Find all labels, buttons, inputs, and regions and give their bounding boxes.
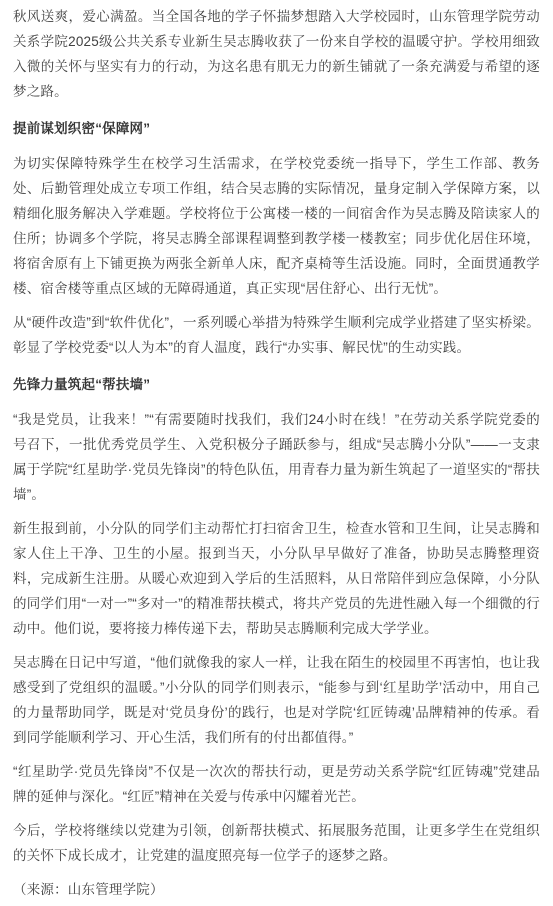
paragraph-pioneer-team: “我是党员，让我来！”“有需要随时找我们，我们24小时在线！”在劳动关系学院党委… xyxy=(13,407,540,507)
paragraph-arrival-help: 新生报到前，小分队的同学们主动帮忙打扫宿舍卫生，检查水管和卫生间，让吴志腾和家人… xyxy=(13,516,540,641)
paragraph-intro: 秋风送爽，爱心满盈。当全国各地的学子怀揣梦想踏入大学校园时，山东管理学院劳动关系… xyxy=(13,4,540,104)
source-line: （来源：山东管理学院） xyxy=(13,877,540,902)
paragraph-support-plan: 为切实保障特殊学生在校学习生活需求，在学校党委统一指导下，学生工作部、教务处、后… xyxy=(13,151,540,301)
section-heading-support-wall: 先锋力量筑起“帮扶墙” xyxy=(13,372,540,397)
paragraph-hardware-software: 从“硬件改造”到“软件优化”，一系列暖心举措为特殊学生顺利完成学业搭建了坚实桥梁… xyxy=(13,310,540,360)
section-heading-guarantee-net: 提前谋划织密“保障网” xyxy=(13,116,540,141)
article-body: 秋风送爽，爱心满盈。当全国各地的学子怀揣梦想踏入大学校园时，山东管理学院劳动关系… xyxy=(0,0,553,902)
paragraph-party-brand: “红星助学·党员先锋岗”不仅是一次次的帮扶行动，更是劳动关系学院“红匠铸魂”党建… xyxy=(13,759,540,809)
paragraph-diary-quote: 吴志腾在日记中写道，“他们就像我的家人一样，让我在陌生的校园里不再害怕，也让我感… xyxy=(13,650,540,750)
article-page: { "theme": { "background": "#ffffff", "t… xyxy=(0,0,553,906)
paragraph-future-outlook: 今后，学校将继续以党建为引领，创新帮扶模式、拓展服务范围，让更多学生在党组织的关… xyxy=(13,818,540,868)
